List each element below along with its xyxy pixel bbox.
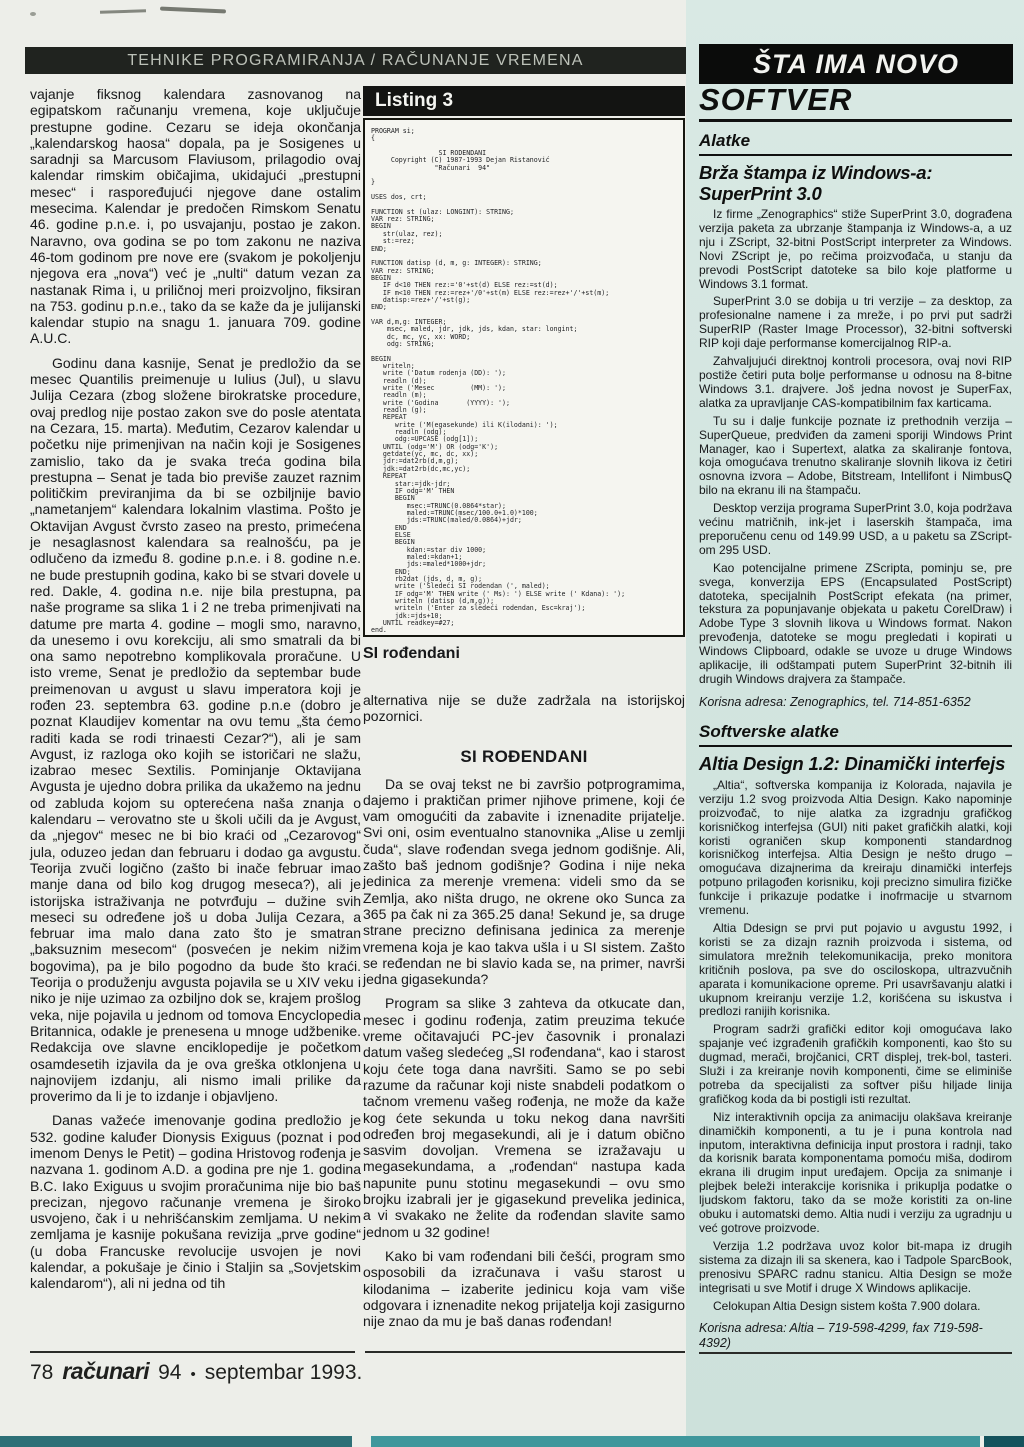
bottom-color-strip bbox=[371, 1436, 980, 1447]
paragraph: Tu su i dalje funkcije poznate iz pretho… bbox=[699, 415, 1012, 498]
listing-caption: SI rođendani bbox=[363, 645, 685, 663]
issue-number: 94 bbox=[158, 1361, 181, 1385]
scan-artifact bbox=[160, 7, 226, 14]
contact-address: Korisna adresa: Altia – 719-598-4299, fa… bbox=[699, 1321, 1012, 1350]
paragraph: Verzija 1.2 podržava uvoz kolor bit-mapa… bbox=[699, 1240, 1012, 1296]
article-subheading: SI ROĐENDANI bbox=[363, 747, 685, 767]
page-footer: 78 računari 94 • septembar 1993. bbox=[30, 1358, 362, 1385]
magazine-logo: računari bbox=[62, 1358, 149, 1385]
issue-date: septembar 1993. bbox=[205, 1361, 363, 1385]
paragraph: Altia Ddesign se prvi put pojavio u avgu… bbox=[699, 922, 1012, 1019]
code-listing-box: PROGRAM si; { SI RODENDANI Copyright (C)… bbox=[363, 118, 685, 637]
section-header-left: TEHNIKE PROGRAMIRANJA / RAČUNANJE VREMEN… bbox=[25, 47, 686, 74]
code-listing: PROGRAM si; { SI RODENDANI Copyright (C)… bbox=[371, 128, 677, 635]
bullet-separator: • bbox=[190, 1366, 195, 1383]
footer-rule bbox=[365, 1351, 685, 1353]
bottom-color-strip bbox=[0, 1436, 352, 1447]
news-kicker: Alatke bbox=[699, 131, 1012, 156]
footer-rule bbox=[30, 1351, 355, 1353]
paragraph: Kao potencijalne primene ZScripta, pomin… bbox=[699, 562, 1012, 687]
paragraph: Celokupan Altia Design sistem košta 7.90… bbox=[699, 1300, 1012, 1314]
article-column-middle: Listing 3 PROGRAM si; { SI RODENDANI Cop… bbox=[363, 86, 685, 1329]
paragraph: Program sadrži grafički editor koji omog… bbox=[699, 1023, 1012, 1106]
scan-artifact bbox=[30, 12, 36, 16]
section-header-right-label: ŠTA IMA NOVO bbox=[753, 49, 959, 80]
paragraph: Da se ovaj tekst ne bi završio potprogra… bbox=[363, 776, 685, 988]
news-column: SOFTVER Alatke Brža štampa iz Windows-a:… bbox=[699, 84, 1012, 1350]
paragraph: „Altia“, softverska kompanija iz Kolorad… bbox=[699, 779, 1012, 918]
paragraph: Desktop verzija programa SuperPrint 3.0,… bbox=[699, 502, 1012, 558]
section-header-right: ŠTA IMA NOVO bbox=[699, 44, 1013, 84]
paragraph: Iz firme „Zenographics“ stiže SuperPrint… bbox=[699, 208, 1012, 291]
paragraph: Program sa slike 3 zahteva da otkucate d… bbox=[363, 995, 685, 1239]
news-section-title: SOFTVER bbox=[699, 84, 1012, 122]
page-number: 78 bbox=[30, 1361, 53, 1385]
news-column-end-rule bbox=[699, 1352, 1012, 1354]
paragraph: Niz interaktivnih opcija za animaciju ol… bbox=[699, 1111, 1012, 1236]
contact-address: Korisna adresa: Zenographics, tel. 714-8… bbox=[699, 695, 1012, 710]
news-item-title: Brža štampa iz Windows-a: SuperPrint 3.0 bbox=[699, 163, 1012, 204]
section-header-left-label: TEHNIKE PROGRAMIRANJA / RAČUNANJE VREMEN… bbox=[127, 52, 583, 69]
paragraph: alternativa nije se duže zadržala na ist… bbox=[363, 692, 685, 725]
paragraph: vajanje fiksnog kalendara zasnovanog na … bbox=[30, 86, 361, 347]
paragraph: Godinu dana kasnije, Senat je predložio … bbox=[30, 355, 361, 1105]
paragraph: Zahvaljujući direktnoj kontroli procesor… bbox=[699, 355, 1012, 411]
article-column-left: vajanje fiksnog kalendara zasnovanog na … bbox=[30, 86, 361, 1292]
paragraph: Kako bi vam rođendani bili češći, progra… bbox=[363, 1248, 685, 1329]
news-kicker: Softverske alatke bbox=[699, 722, 1012, 747]
paragraph: SuperPrint 3.0 se dobija u tri verzije –… bbox=[699, 295, 1012, 351]
magazine-page: TEHNIKE PROGRAMIRANJA / RAČUNANJE VREMEN… bbox=[0, 0, 1024, 1447]
bottom-color-strip bbox=[984, 1436, 1024, 1447]
listing-title-bar: Listing 3 bbox=[363, 86, 685, 116]
scan-artifact bbox=[100, 9, 146, 14]
news-item-title: Altia Design 1.2: Dinamički interfejs bbox=[699, 754, 1012, 775]
paragraph: Danas važeće imenovanje godina predložio… bbox=[30, 1112, 361, 1291]
listing-title: Listing 3 bbox=[375, 90, 453, 111]
